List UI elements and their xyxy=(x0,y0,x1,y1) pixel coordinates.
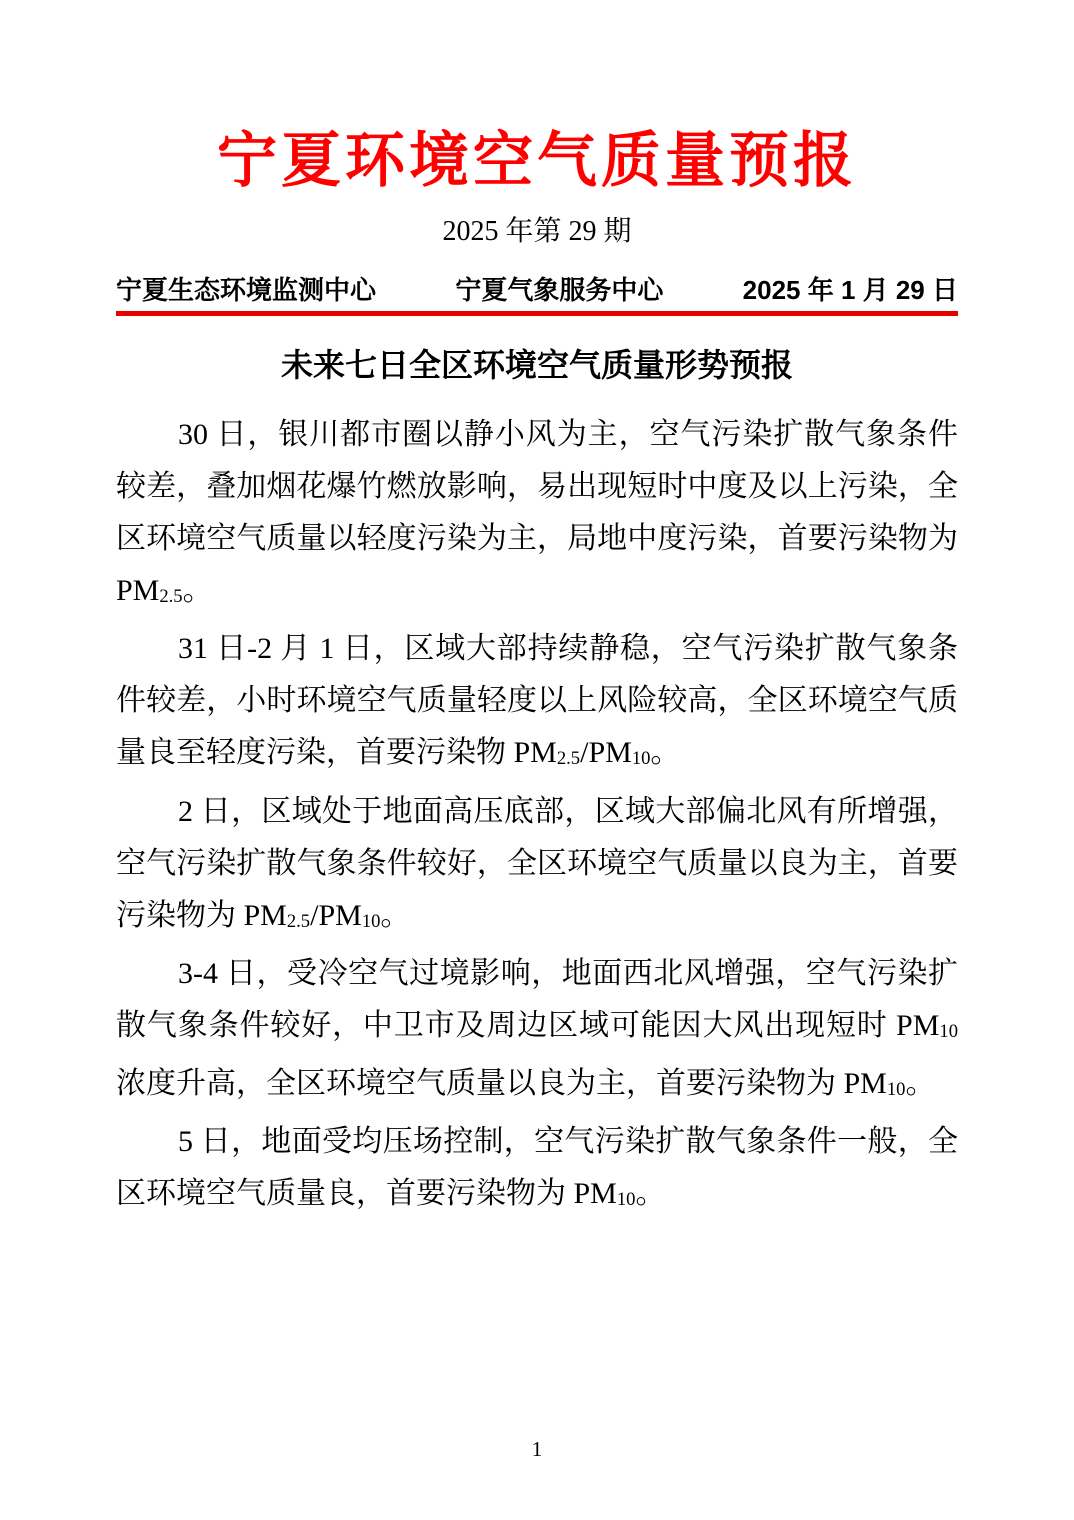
page-number: 1 xyxy=(0,1437,1074,1462)
section-title: 未来七日全区环境空气质量形势预报 xyxy=(116,346,958,384)
paragraph-text: 3-4 日，受冷空气过境影响，地面西北风增强，空气污染扩散气象条件较好，中卫市及… xyxy=(116,957,958,1042)
paragraph-text: 。 xyxy=(650,736,680,769)
paragraph-text: /PM xyxy=(310,899,362,932)
paragraph-text: 2 日，区域处于地面高压底部，区域大部偏北风有所增强，空气污染扩散气象条件较好，… xyxy=(116,795,958,932)
red-divider xyxy=(116,311,958,316)
pollutant-subscript: 10 xyxy=(887,1079,906,1100)
paragraph-text: 5 日，地面受均压场控制，空气污染扩散气象条件一般，全区环境空气质量良，首要污染… xyxy=(116,1125,958,1210)
paragraph-text: /PM xyxy=(580,736,632,769)
pollutant-subscript: 10 xyxy=(632,749,651,770)
pollutant-subscript: 2.5 xyxy=(159,586,182,607)
pollutant-subscript: 10 xyxy=(362,911,381,932)
pollutant-subscript: 10 xyxy=(939,1021,958,1042)
paragraph-text: 。 xyxy=(183,574,213,607)
document-page: 宁夏环境空气质量预报 2025 年第 29 期 宁夏生态环境监测中心 宁夏气象服… xyxy=(0,0,1074,1520)
paragraph: 5 日，地面受均压场控制，空气污染扩散气象条件一般，全区环境空气质量良，首要污染… xyxy=(116,1116,958,1226)
issue-number: 2025 年第 29 期 xyxy=(116,215,958,249)
org-monitoring-center: 宁夏生态环境监测中心 xyxy=(116,275,376,306)
paragraph-text: 30 日，银川都市圈以静小风为主，空气污染扩散气象条件较差，叠加烟花爆竹燃放影响… xyxy=(116,418,958,607)
pollutant-subscript: 2.5 xyxy=(557,749,580,770)
body-paragraphs: 30 日，银川都市圈以静小风为主，空气污染扩散气象条件较差，叠加烟花爆竹燃放影响… xyxy=(116,409,958,1226)
paragraph: 3-4 日，受冷空气过境影响，地面西北风增强，空气污染扩散气象条件较好，中卫市及… xyxy=(116,948,958,1116)
paragraph-text: 。 xyxy=(380,899,410,932)
paragraph: 30 日，银川都市圈以静小风为主，空气污染扩散气象条件较差，叠加烟花爆竹燃放影响… xyxy=(116,409,958,623)
paragraph: 31 日-2 月 1 日，区域大部持续静稳，空气污染扩散气象条件较差，小时环境空… xyxy=(116,623,958,785)
document-title: 宁夏环境空气质量预报 xyxy=(116,130,958,193)
paragraph-text: 。 xyxy=(905,1067,935,1100)
paragraph: 2 日，区域处于地面高压底部，区域大部偏北风有所增强，空气污染扩散气象条件较好，… xyxy=(116,786,958,948)
pollutant-subscript: 10 xyxy=(617,1189,636,1210)
header-row: 宁夏生态环境监测中心 宁夏气象服务中心 2025 年 1 月 29 日 xyxy=(116,275,958,306)
paragraph-text: 浓度升高，全区环境空气质量以良为主，首要污染物为 PM xyxy=(116,1067,887,1100)
org-weather-center: 宁夏气象服务中心 xyxy=(455,275,663,306)
issue-date: 2025 年 1 月 29 日 xyxy=(743,275,958,306)
pollutant-subscript: 2.5 xyxy=(287,911,310,932)
paragraph-text: 31 日-2 月 1 日，区域大部持续静稳，空气污染扩散气象条件较差，小时环境空… xyxy=(116,632,958,769)
paragraph-text: 。 xyxy=(635,1177,665,1210)
